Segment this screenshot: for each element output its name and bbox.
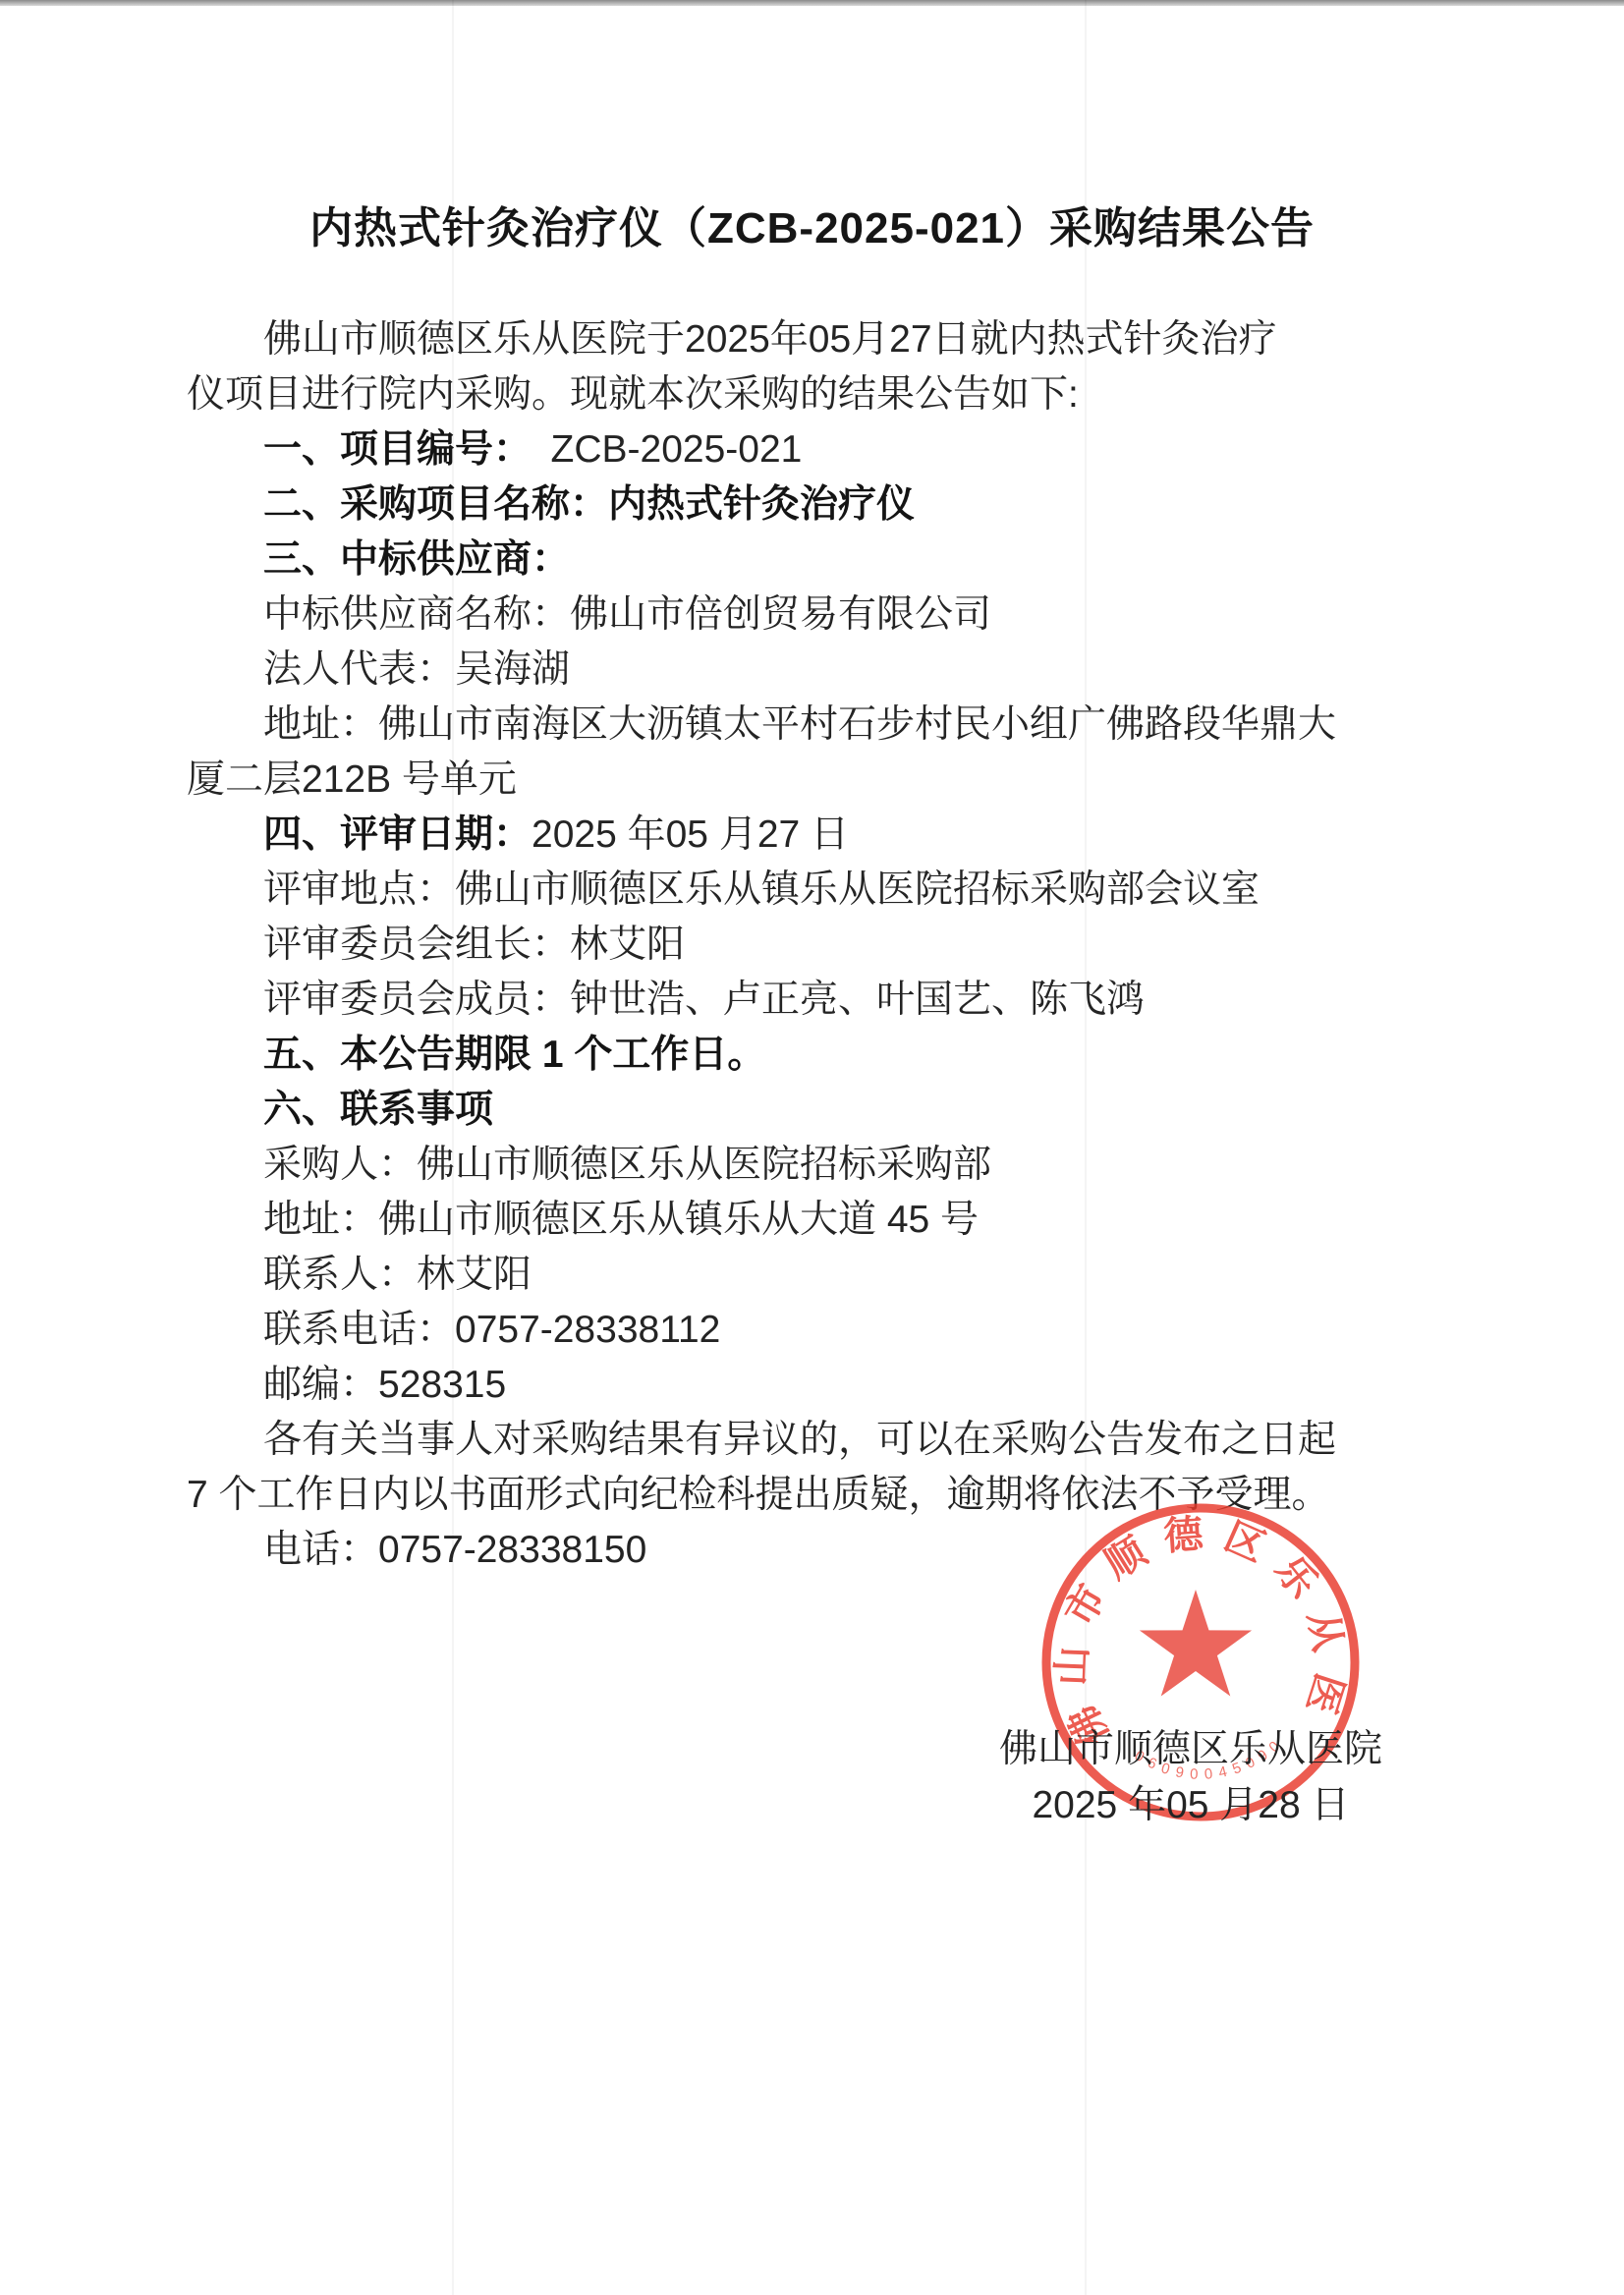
- document-line: 中标供应商名称：佛山市倍创贸易有限公司: [187, 588, 1395, 643]
- document-line: 五、本公告期限 1 个工作日。: [187, 1028, 1395, 1083]
- document-line: 仪项目进行院内采购。现就本次采购的结果公告如下:: [187, 367, 1395, 422]
- seal-star-icon: [1140, 1590, 1252, 1697]
- line-text: 法人代表：吴海湖: [263, 648, 570, 691]
- line-bold-label: 四、评审日期：: [263, 813, 532, 856]
- line-text: 佛山市顺德区乐从医院于2025年05月27日就内热式针灸治疗: [263, 318, 1277, 361]
- line-text: 采购人：佛山市顺德区乐从医院招标采购部: [263, 1144, 991, 1186]
- document-line: 邮编：528315: [187, 1358, 1395, 1413]
- document-line: 二、采购项目名称：内热式针灸治疗仪: [187, 477, 1395, 532]
- document-line: 联系人：林艾阳: [187, 1248, 1395, 1303]
- line-text: 各有关当事人对采购结果有异议的，可以在采购公告发布之日起: [263, 1419, 1336, 1461]
- document-body: 佛山市顺德区乐从医院于2025年05月27日就内热式针灸治疗仪项目进行院内采购。…: [187, 312, 1395, 1578]
- line-bold-label: 一、项目编号：: [263, 428, 513, 471]
- line-text: 邮编：528315: [263, 1364, 506, 1406]
- document-line: 佛山市顺德区乐从医院于2025年05月27日就内热式针灸治疗: [187, 312, 1395, 367]
- document-line: 地址：佛山市顺德区乐从镇乐从大道 45 号: [187, 1193, 1395, 1248]
- document-line: 四、评审日期：2025 年05 月27 日: [187, 808, 1395, 863]
- document-line: 联系电话：0757-28338112: [187, 1303, 1395, 1358]
- line-bold-label: 三、中标供应商：: [263, 538, 570, 581]
- line-text: 地址：佛山市顺德区乐从镇乐从大道 45 号: [263, 1199, 979, 1241]
- scan-edge-artifact: [0, 0, 1624, 6]
- document-line: 六、联系事项: [187, 1083, 1395, 1138]
- line-text: 联系人：林艾阳: [263, 1254, 532, 1296]
- line-text: 2025 年05 月27 日: [532, 813, 849, 856]
- line-text: 厦二层212B 号单元: [187, 758, 517, 801]
- line-text: 中标供应商名称：佛山市倍创贸易有限公司: [263, 593, 991, 636]
- document-line: 三、中标供应商：: [187, 532, 1395, 588]
- document-page: 内热式针灸治疗仪（ZCB-2025-021）采购结果公告 佛山市顺德区乐从医院于…: [0, 0, 1624, 2295]
- line-text: 评审委员会组长：林艾阳: [263, 924, 685, 966]
- line-text: 联系电话：0757-28338112: [263, 1309, 720, 1351]
- document-line: 评审地点：佛山市顺德区乐从镇乐从医院招标采购部会议室: [187, 863, 1395, 918]
- signature-block: 佛山市顺德区乐从医院 2025 年05 月28 日: [984, 1721, 1397, 1833]
- line-text: 电话：0757-28338150: [263, 1529, 646, 1571]
- page-title: 内热式针灸治疗仪（ZCB-2025-021）采购结果公告: [0, 193, 1624, 255]
- line-bold-label: 五、本公告期限 1 个工作日。: [263, 1034, 765, 1076]
- document-line: 各有关当事人对采购结果有异议的，可以在采购公告发布之日起: [187, 1413, 1395, 1468]
- line-text: 评审委员会成员：钟世浩、卢正亮、叶国艺、陈飞鸿: [263, 979, 1145, 1021]
- document-line: 地址：佛山市南海区大沥镇太平村石步村民小组广佛路段华鼎大: [187, 698, 1395, 753]
- signature-org: 佛山市顺德区乐从医院: [984, 1721, 1397, 1777]
- document-line: 厦二层212B 号单元: [187, 753, 1395, 808]
- line-text: ZCB-2025-021: [513, 428, 803, 471]
- document-line: 采购人：佛山市顺德区乐从医院招标采购部: [187, 1138, 1395, 1193]
- line-text: 评审地点：佛山市顺德区乐从镇乐从医院招标采购部会议室: [263, 868, 1260, 911]
- line-text: 地址：佛山市南海区大沥镇太平村石步村民小组广佛路段华鼎大: [263, 703, 1336, 746]
- line-text: 仪项目进行院内采购。现就本次采购的结果公告如下:: [187, 373, 1079, 416]
- line-bold-label: 六、联系事项: [263, 1089, 493, 1131]
- line-bold-label: 二、采购项目名称：内热式针灸治疗仪: [263, 483, 915, 526]
- document-line: 评审委员会成员：钟世浩、卢正亮、叶国艺、陈飞鸿: [187, 973, 1395, 1028]
- document-line: 法人代表：吴海湖: [187, 643, 1395, 698]
- signature-date: 2025 年05 月28 日: [984, 1777, 1397, 1833]
- document-line: 一、项目编号： ZCB-2025-021: [187, 422, 1395, 477]
- document-line: 评审委员会组长：林艾阳: [187, 918, 1395, 973]
